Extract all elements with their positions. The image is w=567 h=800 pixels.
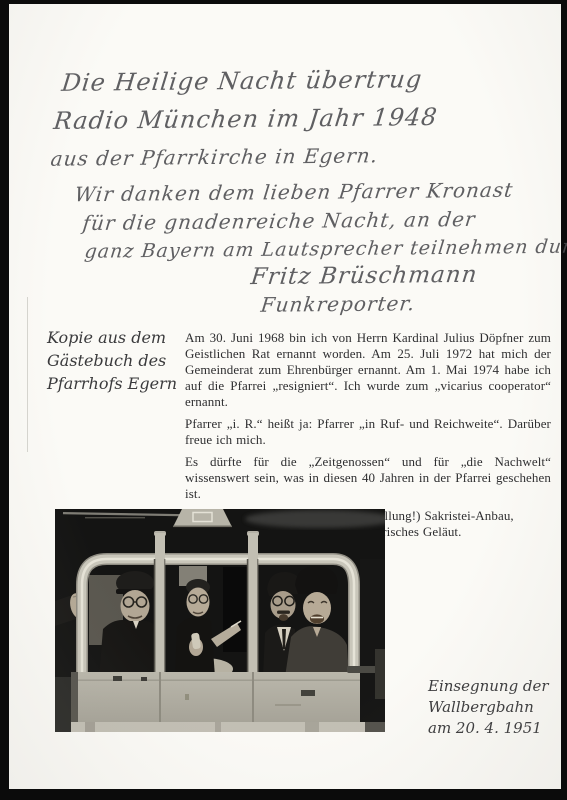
scanned-page: Die Heilige Nacht übertrug Radio München… [0,0,567,800]
margin-note-line: Kopie aus dem [47,326,187,349]
door-handle [347,666,377,673]
cable-streak [85,517,145,518]
photo-caption-line: Einsegnung der [428,676,558,697]
gondola-roof-mount [173,509,232,527]
handwriting-signature-role: Funkreporter. [260,291,417,317]
handwriting-line: Radio München im Jahr 1948 [52,103,439,135]
latch [141,677,147,681]
body-paragraph: Es dürfte für die „Zeitgenossen“ und für… [185,454,551,502]
handwriting-line: Wir danken dem lieben Pfarrer Kronast [73,178,514,207]
margin-note-line: Gästebuch des [47,349,187,372]
body-paragraph: Am 30. Juni 1968 bin ich von Herrn Kardi… [185,330,551,410]
hinge [113,676,122,681]
handwriting-line: für die gnadenreiche Nacht, an der [81,207,477,235]
photo-illustration [55,509,385,732]
photo-caption: Einsegnung der Wallbergbahn am 20. 4. 19… [428,676,558,739]
mustache [277,611,290,614]
margin-note: Kopie aus dem Gästebuch des Pfarrhofs Eg… [47,326,187,395]
handwriting-line: aus der Pfarrkirche in Egern. [49,143,379,170]
margin-note-line: Pfarrhofs Egern [47,372,187,395]
handwriting-signature: Fritz Brüschmann [249,262,479,290]
fold-mark [27,297,28,452]
photo-caption-line: Wallbergbahn [428,697,558,718]
handwriting-line: Die Heilige Nacht übertrug [60,65,424,97]
handwriting-line: ganz Bayern am Lautsprecher teilnehmen d… [83,235,567,262]
body-paragraph: Pfarrer „i. R.“ heißt ja: Pfarrer „in Ru… [185,416,551,448]
gondola-door-panels [71,672,367,725]
photo-wallbergbahn [55,509,385,732]
photo-caption-line: am 20. 4. 1951 [428,718,558,739]
hinge [301,690,315,696]
paper-page: Die Heilige Nacht übertrug Radio München… [9,4,561,789]
